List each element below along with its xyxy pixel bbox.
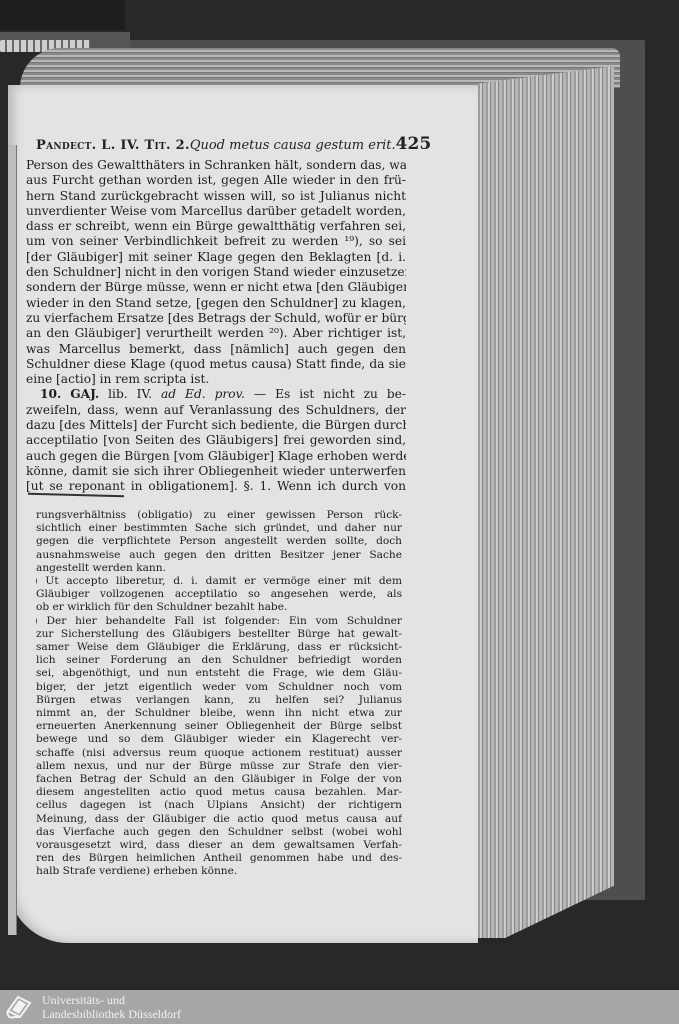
text-line: den Schuldner] nicht in den vorigen Stan… — [26, 265, 406, 280]
footnote-line: Meinung, dass der Gläubiger die actio qu… — [36, 813, 402, 826]
footnote-line: schaffe (nisi adversus reum quoque actio… — [36, 747, 402, 760]
library-name-line1: Universitäts- und — [42, 993, 181, 1007]
text-line: Person des Gewaltthäters in Schranken hä… — [26, 158, 406, 173]
footnote-line: diesem angestellten actio quod metus cau… — [36, 786, 402, 799]
footnote-line: angestellt werden kann. — [36, 562, 402, 575]
text-line: [der Gläubiger] mit seiner Klage gegen d… — [26, 250, 406, 265]
footnote-line: Der hier behandelte Fall ist folgender: … — [46, 615, 402, 627]
section-author: GAJ. — [70, 387, 99, 401]
page-number: 425 — [396, 134, 432, 154]
footnote-20: 20) Der hier behandelte Fall ist folgend… — [36, 615, 402, 628]
running-head: Pandect. L. IV. Tit. 2. Quod metus causa… — [36, 134, 406, 154]
section-number: 10. — [40, 387, 61, 401]
text-line: was Marcellus bemerkt, dass [nämlich] au… — [26, 342, 406, 357]
main-text: Person des Gewaltthäters in Schranken hä… — [26, 158, 406, 495]
text-line: dass er schreibt, wenn ein Bürge gewaltt… — [26, 219, 406, 234]
footnote-line: ren des Bürgen heimlichen Antheil genomm… — [36, 852, 402, 865]
library-banner: Universitäts- und Landesbibliothek Düsse… — [0, 990, 679, 1024]
footnote-line: ob er wirklich für den Schuldner bezahlt… — [36, 601, 402, 614]
library-name[interactable]: Universitäts- und Landesbibliothek Düsse… — [42, 993, 181, 1021]
text-line: sondern der Bürge müsse, wenn er nicht e… — [26, 280, 406, 295]
library-name-line2: Landesbibliothek Düsseldorf — [42, 1007, 181, 1021]
text-line: hern Stand zurückgebracht wissen will, s… — [26, 189, 406, 204]
footnote-line: erneuerten Anerkennung seiner Obliegenhe… — [36, 720, 402, 733]
footnote-line: lich seiner Forderung an den Schuldner b… — [36, 654, 402, 667]
text-line: dazu [des Mittels] der Furcht sich bedie… — [26, 418, 406, 433]
text-line: zu vierfachem Ersatze [des Betrags der S… — [26, 311, 406, 326]
footnote-line: samer Weise dem Gläubiger die Erklärung,… — [36, 641, 402, 654]
footnote-line: gegen die verpflichtete Person angestell… — [36, 535, 402, 548]
footnote-line: nimmt an, der Schuldner bleibe, wenn ihn… — [36, 707, 402, 720]
scan-corner-shadow — [0, 0, 125, 30]
footnote-line: das Vierfache auch gegen den Schuldner s… — [36, 826, 402, 839]
footnotes: rungsverhältniss (obligatio) zu einer ge… — [36, 509, 402, 879]
scan-background: Pandect. L. IV. Tit. 2. Quod metus causa… — [0, 0, 679, 990]
page-fore-edge — [478, 66, 614, 938]
footnote-number: 19) — [36, 575, 38, 587]
text-line: acceptilatio [von Seiten des Gläubigers]… — [26, 433, 406, 448]
text-line: zweifeln, dass, wenn auf Veranlassung de… — [26, 403, 406, 418]
text-line: aus Furcht gethan worden ist, gegen Alle… — [26, 173, 406, 188]
footnote-line: Bürgen etwas verlangen kann, zu helfen s… — [36, 694, 402, 707]
text-line: unverdienter Weise vom Marcellus darüber… — [26, 204, 406, 219]
footnote-line: bewege und so dem Gläubiger wieder ein K… — [36, 733, 402, 746]
footnote-line: allem nexus, und nur der Bürge müsse zur… — [36, 760, 402, 773]
page-gutter — [8, 145, 17, 935]
text-line: an den Gläubiger] verurtheilt werden ²⁰)… — [26, 326, 406, 341]
footnote-19: 19) Ut accepto liberetur, d. i. damit er… — [36, 575, 402, 588]
footnote-line: Ut accepto liberetur, d. i. damit er ver… — [45, 575, 402, 587]
footnote-line: vorausgesetzt wird, dass dieser an dem g… — [36, 839, 402, 852]
footnote-line: cellus dagegen ist (nach Ulpians Ansicht… — [36, 799, 402, 812]
text-line: wieder in den Stand setze, [gegen den Sc… — [26, 296, 406, 311]
ulb-book-logo-icon[interactable] — [4, 993, 34, 1021]
footnote-number: 20) — [36, 615, 38, 627]
footnote-line: halb Strafe verdiene) erheben könne. — [36, 865, 402, 878]
footnote-line: sei, abgenöthigt, und nun entsteht die F… — [36, 667, 402, 680]
text-line: um von seiner Verbindlichkeit befreit zu… — [26, 234, 406, 249]
section-work: ad Ed. prov. — [161, 387, 245, 401]
footnote-line: zur Sicherstellung des Gläubigers bestel… — [36, 628, 402, 641]
text-line: eine [actio] in rem scripta ist. — [26, 372, 406, 387]
section-source: lib. IV. — [108, 387, 152, 401]
text-line: — Es ist nicht zu be- — [254, 387, 406, 401]
section-10-heading: 10. GAJ. lib. IV. ad Ed. prov. — Es ist … — [26, 387, 406, 402]
text-line: [ut se reponant in obligationem]. §. 1. … — [26, 479, 406, 494]
text-line: könne, damit sie sich ihrer Obliegenheit… — [26, 464, 406, 479]
running-head-title: Quod metus causa gestum erit. — [190, 138, 396, 153]
footnote-line: biger, der jetzt eigentlich weder vom Sc… — [36, 681, 402, 694]
footnote-line: sichtlich einer bestimmten Sache sich gr… — [36, 522, 402, 535]
footnote-line: ausnahmsweise auch gegen den dritten Bes… — [36, 549, 402, 562]
text-line: auch gegen die Bürgen [vom Gläubiger] Kl… — [26, 449, 406, 464]
footnote-line: Gläubiger vollzogenen acceptilatio so an… — [36, 588, 402, 601]
footnote-line: fachen Betrag der Schuld an den Gläubige… — [36, 773, 402, 786]
text-line: Schuldner diese Klage (quod metus causa)… — [26, 357, 406, 372]
running-head-left: Pandect. L. IV. Tit. 2. — [36, 138, 190, 153]
footnote-line: rungsverhältniss (obligatio) zu einer ge… — [36, 509, 402, 522]
